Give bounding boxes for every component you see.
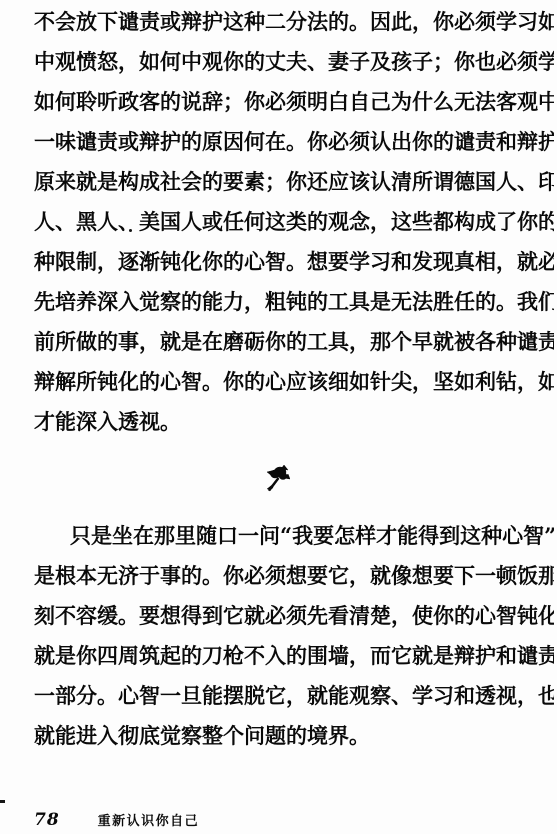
text-line: 先培养深入觉察的能力，粗钝的工具是无法胜任的。我们目 <box>34 282 554 322</box>
scan-speck <box>129 229 132 232</box>
footer-book-title: 重新认识你自己 <box>98 810 200 829</box>
text-line: 才能深入透视。 <box>34 402 554 442</box>
text-line: 只是坐在那里随口一问“我要怎样才能得到这种心智”， <box>34 516 554 556</box>
text-line: 人、黑人、美国人或任何这类的观念，这些都构成了你的种 <box>34 202 554 242</box>
text-line: 一味谴责或辩护的原因何在。你必须认出你的谴责和辩护， <box>34 122 554 162</box>
page-footer: 78 重新认识你自己 <box>34 810 199 832</box>
flower-ornament-icon <box>264 461 290 493</box>
text-line: 刻不容缓。要想得到它就必须先看清楚，使你的心智钝化的， <box>34 596 554 636</box>
text-line: 就是你四周筑起的刀枪不入的围墙，而它就是辩护和谴责的 <box>34 636 554 676</box>
text-line: 种限制，逐渐钝化你的心智。想要学习和发现真相，就必须 <box>34 242 554 282</box>
paragraph-continued: 不会放下谴责或辩护这种二分法的。因此，你必须学习如何中观愤怒，如何中观你的丈夫、… <box>34 2 554 442</box>
text-line: 原来就是构成社会的要素；你还应该认清所谓德国人、印度 <box>34 162 554 202</box>
scan-speck <box>0 800 5 803</box>
text-line: 就能进入彻底觉察整个问题的境界。 <box>34 716 554 756</box>
text-line: 前所做的事，就是在磨砺你的工具，那个早就被各种谴责及 <box>34 322 554 362</box>
text-line: 一部分。心智一旦能摆脱它，就能观察、学习和透视，也许 <box>34 676 554 716</box>
text-line: 辩解所钝化的心智。你的心应该细如针尖，坚如利钻，如此 <box>34 362 554 402</box>
footer-page-number: 78 <box>34 810 60 830</box>
book-page: 不会放下谴责或辩护这种二分法的。因此，你必须学习如何中观愤怒，如何中观你的丈夫、… <box>0 0 557 834</box>
paragraph-second: 只是坐在那里随口一问“我要怎样才能得到这种心智”，是根本无济于事的。你必须想要它… <box>34 516 554 756</box>
text-line: 如何聆听政客的说辞；你必须明白自己为什么无法客观中立， <box>34 82 554 122</box>
text-line: 不会放下谴责或辩护这种二分法的。因此，你必须学习如何 <box>34 2 554 42</box>
text-line: 是根本无济于事的。你必须想要它，就像想要下一顿饭那样 <box>34 556 554 596</box>
text-line: 中观愤怒，如何中观你的丈夫、妻子及孩子；你也必须学习 <box>34 42 554 82</box>
